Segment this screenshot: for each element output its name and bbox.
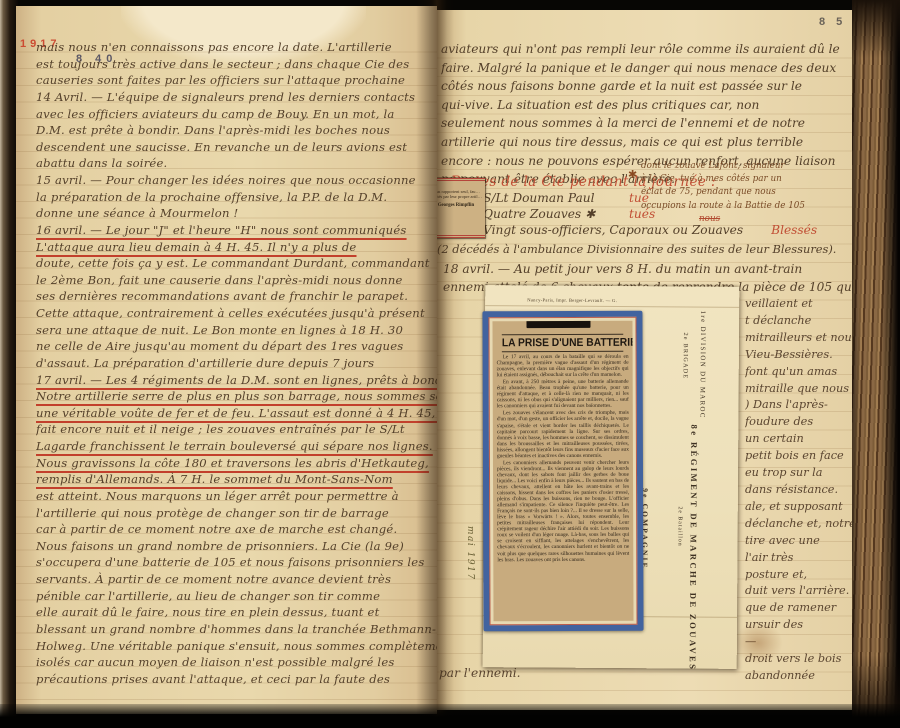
letterhead-regiment: 8e RÉGIMENT DE MARCHE DE ZOUAVES [688, 425, 700, 672]
handwritten-line: pénible car l'artillerie, au lieu de cha… [36, 588, 437, 605]
margin-annotation-line: dont le zouave Lafont, signaleur [641, 160, 823, 173]
page-number-stamp-right: 8 5 [819, 16, 846, 28]
clipping-paragraph: Les zouaves s'élancent avec des cris de … [497, 410, 629, 459]
handwritten-fragment: duit vers l'arrière. [745, 583, 857, 600]
letterhead-division: 1re DIVISION DU MAROC [698, 311, 706, 419]
loss-label: S/Lt Douman Paul [483, 190, 601, 206]
handwritten-line: Nous faisons un grand nombre de prisonni… [36, 538, 437, 555]
letterhead-brigade: 2e BRIGADE [682, 332, 689, 379]
mini-fragment-line: …chés par leur propre artil… [437, 194, 483, 199]
clipping-paragraph: Le 17 avril, au cours de la bataille qui… [497, 354, 629, 379]
handwritten-line: Lagarde franchissent le terrain boulever… [36, 438, 437, 455]
bottom-shadow [0, 704, 900, 728]
handwritten-fragment: Vieu-Bessières. [745, 347, 857, 364]
clipping-mat: LA PRISE D'UNE BATTERIE Le 17 avril, au … [488, 317, 637, 626]
handwritten-line: elle aurait dû le faire, nous tire en pl… [36, 604, 437, 621]
left-page: 8 40 1917 mais nous n'en connaissons pas… [16, 6, 437, 714]
handwritten-fragment: ursuir des [745, 617, 857, 634]
handwritten-line: ne celle de Aire jusqu'au moment du dépa… [36, 338, 437, 355]
handwritten-fragment: foudure des [745, 414, 857, 431]
handwritten-line: Holweg. Une véritable panique s'ensuit, … [36, 638, 437, 655]
handwritten-line: avec les officiers aviateurs du camp de … [36, 106, 437, 123]
clipping-headline: LA PRISE D'UNE BATTERIE [502, 334, 624, 352]
handwritten-fragment: posture et, [745, 567, 857, 584]
handwritten-line: la préparation de la prochaine offensive… [36, 189, 437, 206]
handwritten-line: Cette attaque, contrairement à celles ex… [36, 305, 437, 322]
handwritten-line: 17 avril. — Les 4 régiments de la D.M. s… [36, 372, 437, 389]
margin-annotation-line: éclat de 75, pendant que nous [641, 186, 823, 199]
handwritten-line: L'attaque aura lieu demain à 4 H. 45. Il… [36, 239, 437, 256]
clipping-paragraphs: Le 17 avril, au cours de la bataille qui… [497, 354, 630, 563]
handwritten-line: précautions prises avant l'attaque, et c… [36, 671, 437, 688]
handwritten-fragment: ale, et supposant [745, 499, 857, 516]
handwritten-line: blessant un grand nombre d'hommes dans l… [36, 621, 437, 638]
margin-annotation-line: à la Cie, tué à mes côtés par un [641, 173, 823, 186]
printer-mark: Nancy-Paris, Impr. Berger-Levrault. — G. [527, 297, 617, 303]
handwritten-line: abattu dans la soirée. [36, 155, 437, 172]
handwritten-line: faire. Malgré la panique et le danger qu… [441, 59, 856, 78]
handwritten-line: 14 Avril. — L'équipe de signaleurs prend… [36, 89, 437, 106]
handwritten-line: l'artillerie qui nous protège de changer… [36, 505, 437, 522]
right-edge-fragments: veillaient ett déclanchemitrailleurs et … [745, 296, 857, 696]
handwritten-fragment: ) Dans l'après- [745, 397, 857, 414]
handwritten-fragment: l'air très [745, 550, 857, 567]
handwritten-line: s'occupera d'une batterie de 105 et nous… [36, 554, 437, 571]
handwritten-line: mais nous n'en connaissons pas encore la… [36, 39, 437, 56]
handwritten-line: remplis d'Allemands. À 7 H. le sommet du… [36, 471, 437, 488]
loss-label: Quatre Zouaves ✱ [483, 206, 601, 222]
handwritten-fragment: abandonnée [745, 668, 857, 685]
handwritten-line: est atteint. Nous marquons un léger arrê… [36, 488, 437, 505]
handwritten-fragment: mitraille que nous [745, 381, 857, 398]
handwritten-fragment: eu trop sur la [745, 465, 857, 482]
handwritten-line: doute, cette fois ça y est. Le commandan… [36, 255, 437, 272]
diary-photo: 8 40 1917 mais nous n'en connaissons pas… [0, 0, 900, 728]
margin-annotation-line: nous [699, 213, 720, 226]
handwritten-fragment: un certain [745, 431, 857, 448]
handwritten-line: une véritable voûte de fer et de feu. L'… [36, 405, 437, 422]
margin-asterisk: ✱ [628, 168, 637, 181]
mini-newspaper-fragment: …us rapportent seul, fau……chés par leur … [437, 178, 485, 238]
handwritten-line: 16 avril. — Le jour "J" et l'heure "H" n… [36, 222, 437, 239]
fold-crease [485, 305, 739, 308]
clipping-paragraph: En avant, à 250 mètres à peine, une batt… [497, 379, 629, 410]
handwritten-line: car à partir de ce moment notre axe de m… [36, 521, 437, 538]
handwritten-fragment: — [745, 634, 857, 651]
handwritten-fragment: déclanche et, notre [745, 516, 857, 533]
handwritten-fragment: veillaient et [745, 296, 857, 313]
handwritten-line: 15 avril. — Pour changer les idées noire… [36, 172, 437, 189]
losses-note: (2 décédés à l'ambulance Divisionnaire d… [437, 242, 853, 256]
handwritten-line: le 2ème Bon, fait une causerie dans l'ap… [36, 272, 437, 289]
clipping-paragraph: Les canonniers allemands peuvent venir c… [497, 460, 629, 563]
clipping-paper: LA PRISE D'UNE BATTERIE Le 17 avril, au … [492, 321, 633, 621]
handwritten-fragment: dans résistance. [745, 482, 857, 499]
handwritten-line: donne une séance à Mourmelon ! [36, 205, 437, 222]
handwritten-line: D.M. est prête à bondir. Dans l'après-mi… [36, 122, 437, 139]
handwritten-fragment: petit bois en face [745, 448, 857, 465]
handwritten-line: côtés nous faisons bonne garde et la nui… [441, 77, 856, 96]
handwritten-line: 18 avril. — Au petit jour vers 8 H. du m… [443, 260, 856, 278]
bottom-handwritten-line: par l'ennemi. [439, 666, 520, 680]
handwritten-line: ses dernières recommandations avant de f… [36, 288, 437, 305]
margin-annotation-line: occupions la route à la Battie de 105 [641, 200, 823, 213]
handwritten-fragment: mitrailleurs et nous [745, 330, 857, 347]
redaction-bar [526, 321, 590, 328]
handwritten-fragment: tire avec une [745, 533, 857, 550]
handwritten-line: est toujours très active dans le secteur… [36, 56, 437, 73]
handwritten-fragment: que de ramener [745, 600, 857, 617]
letterhead-battalion: 2e Bataillon [677, 506, 683, 546]
handwritten-fragment: font qu'un amas [745, 364, 857, 381]
handwritten-line: causeries sont faites par les officiers … [36, 72, 437, 89]
handwritten-line: isolés car aucun moyen de liaison n'est … [36, 654, 437, 671]
handwritten-line: servants. À partir de ce moment notre av… [36, 571, 437, 588]
handwritten-line: aviateurs qui n'ont pas rempli leur rôle… [441, 40, 856, 59]
handwritten-lines-left: mais nous n'en connaissons pas encore la… [36, 39, 437, 701]
mini-fragment-signature: Georges Rimpflin [437, 203, 483, 208]
handwritten-line: Notre artillerie serre de plus en plus s… [36, 388, 437, 405]
handwritten-line: seulement nous sommes à la merci de l'en… [441, 114, 856, 133]
handwritten-line: fait encore nuit et il neige ; les zouav… [36, 421, 437, 438]
handwritten-line: descendent une saucisse. En revanche un … [36, 139, 437, 156]
margin-annotation: dont le zouave Lafont, signaleurà la Cie… [641, 160, 823, 226]
handwritten-line: sera une attaque de nuit. Le Bon monte e… [36, 322, 437, 339]
handwritten-line: qui-vive. La situation est des plus crit… [441, 96, 856, 115]
handwritten-fragment: droit vers le bois [745, 651, 857, 668]
right-page: 8 5 aviateurs qui n'ont pas rempli leur … [437, 10, 857, 710]
handwritten-line: Nous gravissons la côte 180 et traverson… [36, 455, 437, 472]
handwritten-line: d'assaut. La préparation d'artillerie du… [36, 355, 437, 372]
rotated-date-note: mai 1917 [465, 526, 475, 581]
handwritten-line: artillerie qui nous tire dessus, mais ce… [441, 133, 856, 152]
book-edge-pages [852, 0, 900, 728]
handwritten-fragment: t déclanche [745, 313, 857, 330]
newspaper-clipping: LA PRISE D'UNE BATTERIE Le 17 avril, au … [482, 311, 643, 632]
